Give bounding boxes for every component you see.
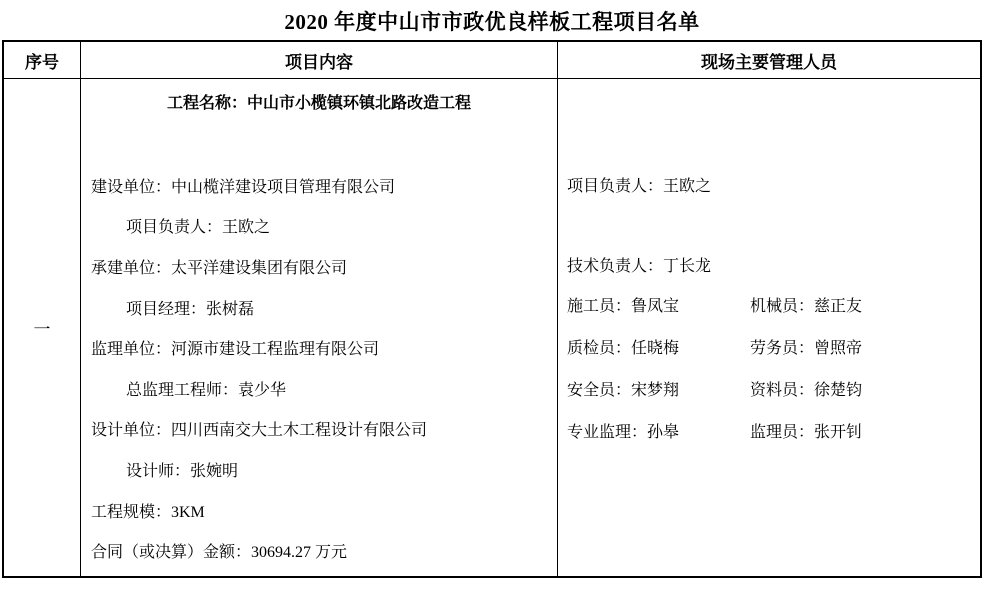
manager-pair-row: 质检员：任晓梅 劳务员：曾照帝	[567, 325, 980, 367]
table-header-row: 序号 项目内容 现场主要管理人员	[4, 42, 980, 79]
detail-line-project-leader: 项目负责人：王欧之	[91, 206, 557, 247]
site-managers-cell: 项目负责人：王欧之 技术负责人：丁长龙 施工员：鲁凤宝 机械员：慈正友 质检员：…	[558, 79, 980, 576]
manager-quality-inspector: 质检员：任晓梅	[567, 335, 750, 358]
project-detail-lines: 建设单位：中山榄洋建设项目管理有限公司 项目负责人：王欧之 承建单位：太平洋建设…	[81, 165, 557, 571]
detail-line-construction-unit: 建设单位：中山榄洋建设项目管理有限公司	[91, 165, 557, 206]
manager-line-technical-leader: 技术负责人：丁长龙	[567, 253, 980, 275]
detail-line-project-scale: 工程规模：3KM	[91, 490, 557, 531]
page-title: 2020 年度中山市市政优良样板工程项目名单	[0, 6, 984, 36]
manager-constructor: 施工员：鲁凤宝	[567, 293, 750, 316]
manager-supervisor: 监理员：张开钊	[750, 419, 980, 442]
manager-machinery: 机械员：慈正友	[750, 293, 980, 316]
header-cell-index: 序号	[4, 42, 81, 78]
project-name-line: 工程名称：中山市小榄镇环镇北路改造工程	[81, 90, 557, 113]
detail-line-designer: 设计师：张婉明	[91, 449, 557, 490]
manager-pair-row: 专业监理：孙皋 监理员：张开钊	[567, 409, 980, 451]
manager-specialty-supervisor: 专业监理：孙皋	[567, 419, 750, 442]
detail-line-contractor-unit: 承建单位：太平洋建设集团有限公司	[91, 246, 557, 287]
manager-pair-lines: 施工员：鲁凤宝 机械员：慈正友 质检员：任晓梅 劳务员：曾照帝 安全员：宋梦翔 …	[567, 283, 980, 451]
projects-table: 序号 项目内容 现场主要管理人员 一 工程名称：中山市小榄镇环镇北路改造工程 建…	[2, 40, 982, 578]
detail-line-design-unit: 设计单位：四川西南交大土木工程设计有限公司	[91, 409, 557, 450]
detail-line-chief-supervisor: 总监理工程师：袁少华	[91, 368, 557, 409]
manager-line-project-leader: 项目负责人：王欧之	[567, 173, 980, 195]
document-page: 2020 年度中山市市政优良样板工程项目名单 序号 项目内容 现场主要管理人员 …	[0, 0, 984, 595]
project-content-cell: 工程名称：中山市小榄镇环镇北路改造工程 建设单位：中山榄洋建设项目管理有限公司 …	[81, 79, 558, 576]
detail-line-supervision-unit: 监理单位：河源市建设工程监理有限公司	[91, 327, 557, 368]
detail-line-contract-amount: 合同（或决算）金额：30694.27 万元	[91, 530, 557, 571]
header-cell-project-content: 项目内容	[81, 42, 558, 78]
row-index-cell: 一	[4, 79, 81, 576]
table-row: 一 工程名称：中山市小榄镇环镇北路改造工程 建设单位：中山榄洋建设项目管理有限公…	[4, 79, 980, 576]
manager-safety: 安全员：宋梦翔	[567, 377, 750, 400]
manager-pair-row: 安全员：宋梦翔 资料员：徐楚钧	[567, 367, 980, 409]
header-cell-site-managers: 现场主要管理人员	[558, 42, 980, 78]
manager-labor: 劳务员：曾照帝	[750, 335, 980, 358]
detail-line-project-manager: 项目经理：张树磊	[91, 287, 557, 328]
manager-documentation: 资料员：徐楚钧	[750, 377, 980, 400]
manager-pair-row: 施工员：鲁凤宝 机械员：慈正友	[567, 283, 980, 325]
